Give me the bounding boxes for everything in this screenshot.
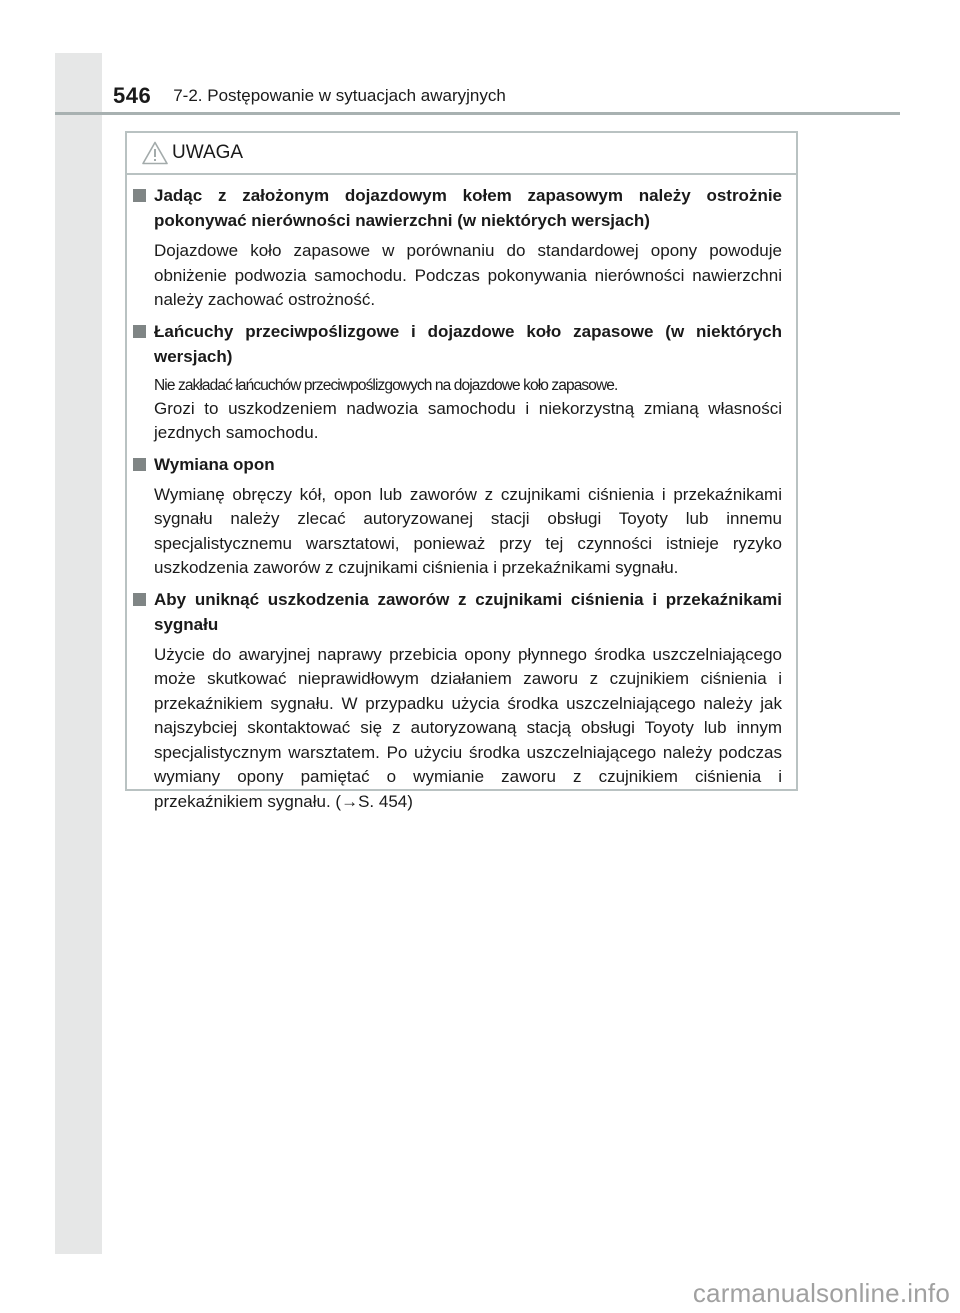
square-bullet-icon	[133, 458, 146, 471]
caution-body: Jadąc z założonym dojazdowym kołem zapas…	[127, 175, 796, 814]
square-bullet-icon	[133, 325, 146, 338]
item-heading: Łańcuchy przeciwpoślizgowe i dojazdowe k…	[154, 319, 782, 369]
warning-triangle-icon	[142, 141, 168, 165]
caution-item: Aby uniknąć uszkodzenia zaworów z czujni…	[133, 587, 782, 815]
item-paragraph: Dojazdowe koło zapasowe w porównaniu do …	[154, 239, 782, 313]
caution-item: Jadąc z założonym dojazdowym kołem zapas…	[133, 183, 782, 313]
item-paragraph: Wymianę obręczy kół, opon lub zaworów z …	[154, 483, 782, 581]
header-divider	[55, 112, 900, 115]
caution-title: UWAGA	[172, 142, 243, 164]
page-header: 546 7-2. Postępowanie w sytuacjach awary…	[113, 80, 506, 112]
caution-header: UWAGA	[127, 133, 796, 175]
item-paragraph: Użycie do awaryjnej naprawy przebicia op…	[154, 643, 782, 815]
item-paragraph: Nie zakładać łańcuchów przeciwpoślizgowy…	[154, 375, 782, 397]
caution-box: UWAGA Jadąc z założonym dojazdowym kołem…	[125, 131, 798, 791]
item-heading: Jadąc z założonym dojazdowym kołem zapas…	[154, 183, 782, 233]
item-heading: Wymiana opon	[154, 452, 275, 477]
item-heading: Aby uniknąć uszkodzenia zaworów z czujni…	[154, 587, 782, 637]
watermark: carmanualsonline.info	[693, 1278, 950, 1309]
item-paragraph: Grozi to uszkodzeniem nadwozia samochodu…	[154, 397, 782, 446]
page-number: 546	[113, 83, 151, 109]
caution-item: Wymiana opon Wymianę obręczy kół, opon l…	[133, 452, 782, 581]
caution-item: Łańcuchy przeciwpoślizgowe i dojazdowe k…	[133, 319, 782, 446]
section-title: 7-2. Postępowanie w sytuacjach awaryjnyc…	[173, 86, 506, 106]
square-bullet-icon	[133, 593, 146, 606]
side-margin-strip	[55, 53, 102, 1254]
square-bullet-icon	[133, 189, 146, 202]
